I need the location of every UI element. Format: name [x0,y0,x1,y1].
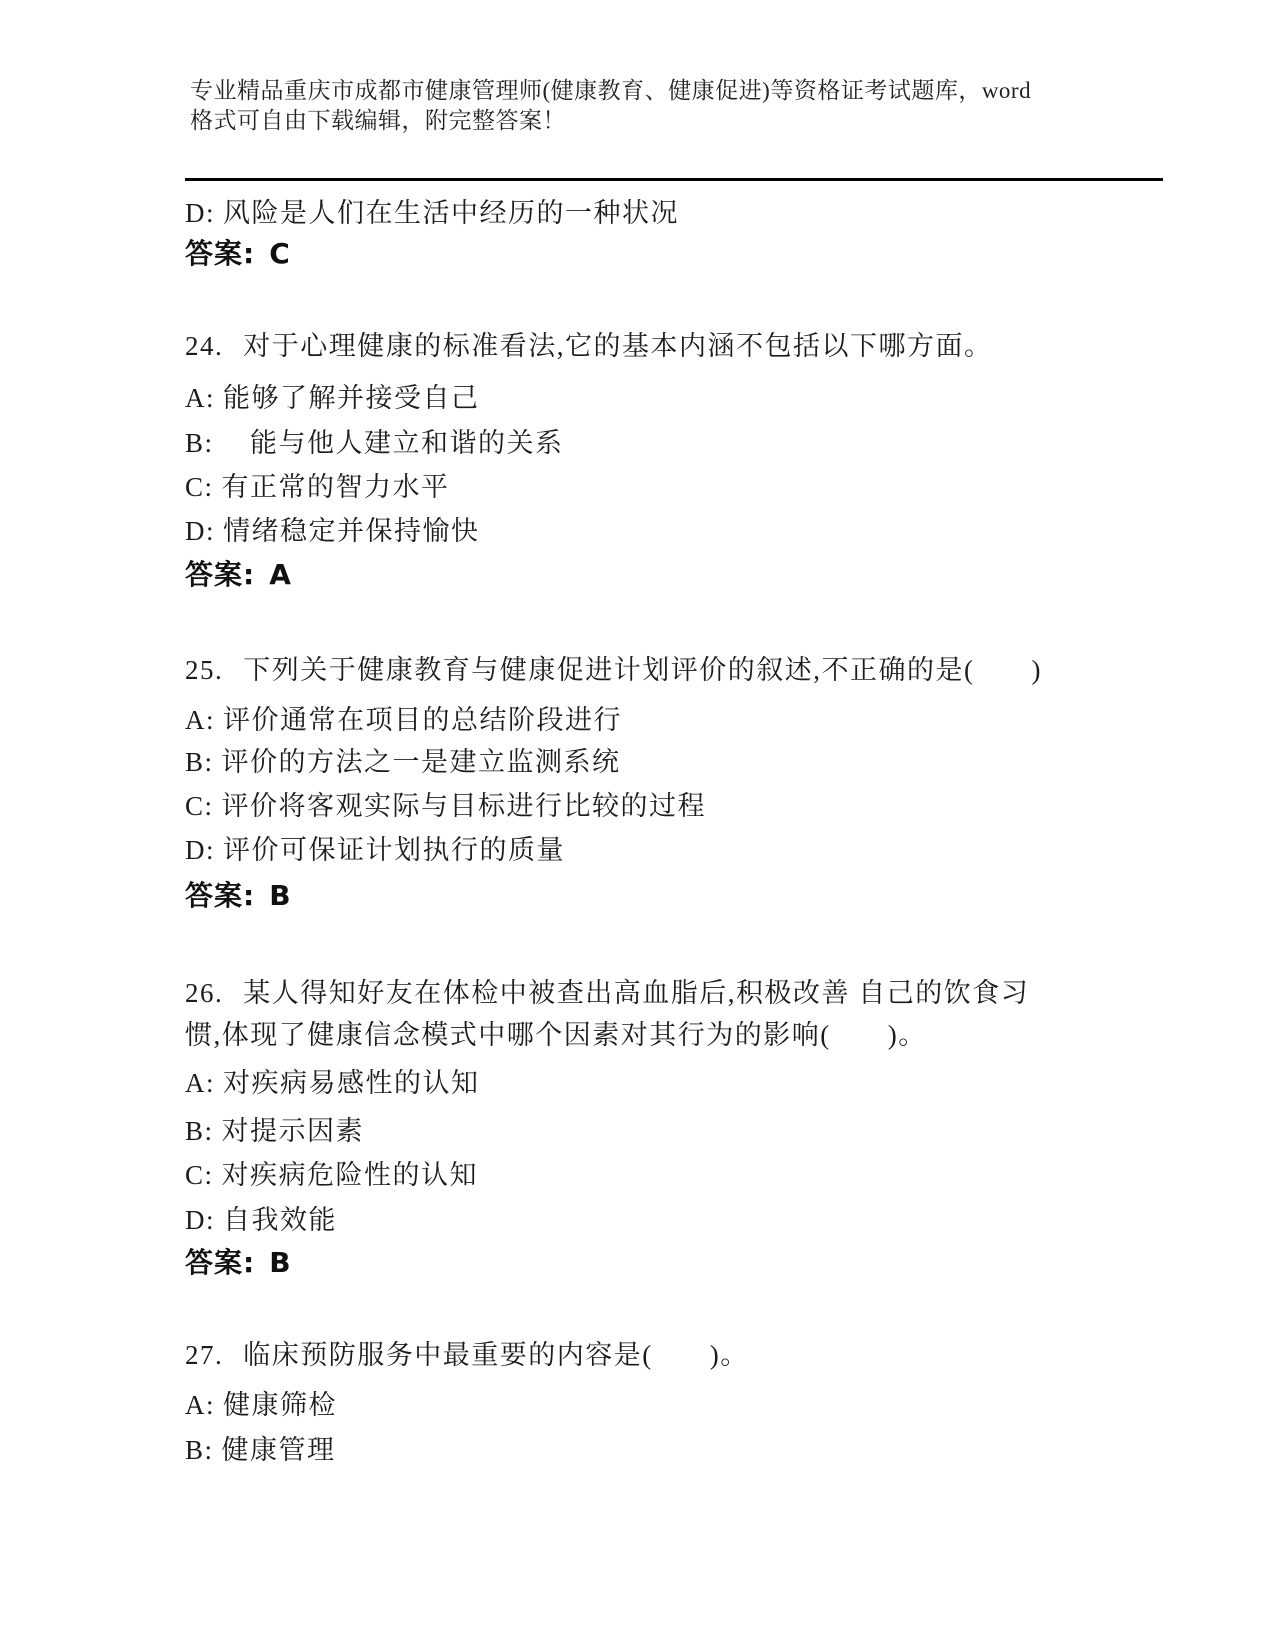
question-number: 26. [185,978,223,1008]
prev-question-option-d: D:风险是人们在生活中经历的一种状况 [185,191,679,235]
question-26-title-line-1: 26.某人得知好友在体检中被查出高血脂后,积极改善 自己的饮食习 [185,971,1029,1015]
answer-label: 答案: [185,1246,255,1279]
question-27-title: 27.临床预防服务中最重要的内容是( )。 [185,1333,749,1377]
option-text: 能够了解并接受自己 [223,383,480,413]
question-25-option-c: C:评价将客观实际与目标进行比较的过程 [185,784,706,828]
option-label: A: [185,1390,215,1420]
question-26-option-b: B:对提示因素 [185,1109,364,1153]
option-label: B: [185,1435,214,1465]
option-text: 评价将客观实际与目标进行比较的过程 [222,791,707,821]
option-label: D: [185,516,215,546]
option-text: 对疾病易感性的认知 [223,1068,480,1098]
question-text: 下列关于健康教育与健康促进计划评价的叙述,不正确的是( ) [243,655,1042,685]
answer-value: A [269,558,292,591]
option-label: D: [185,198,215,228]
question-26-answer: 答案:B [185,1241,292,1285]
header-line-2: 格式可自由下载编辑，附完整答案！ [190,106,1105,136]
option-label: A: [185,383,215,413]
option-text: 情绪稳定并保持愉快 [223,516,480,546]
option-label: D: [185,835,215,865]
question-24-option-a: A:能够了解并接受自己 [185,376,480,420]
option-label: C: [185,472,214,502]
question-24-option-c: C:有正常的智力水平 [185,465,450,509]
question-26-option-c: C:对疾病危险性的认知 [185,1153,478,1197]
question-text: 某人得知好友在体检中被查出高血脂后,积极改善 自己的饮食习 [243,978,1029,1008]
answer-value: B [269,1246,291,1279]
document-page: 专业精品重庆市成都市健康管理师(健康教育、健康促进)等资格证考试题库，word … [0,0,1275,1650]
question-25-option-d: D:评价可保证计划执行的质量 [185,828,565,872]
option-text: 评价通常在项目的总结阶段进行 [223,705,622,735]
option-text: 评价可保证计划执行的质量 [223,835,565,865]
question-25-option-b: B:评价的方法之一是建立监测系统 [185,740,621,784]
question-number: 25. [185,655,223,685]
option-label: C: [185,791,214,821]
answer-value: B [269,879,291,912]
question-24-option-b: B: 能与他人建立和谐的关系 [185,421,564,465]
question-24-option-d: D:情绪稳定并保持愉快 [185,509,480,553]
option-text: 有正常的智力水平 [222,472,450,502]
question-26-option-a: A:对疾病易感性的认知 [185,1061,480,1105]
option-text: 对提示因素 [222,1116,365,1146]
option-text: 评价的方法之一是建立监测系统 [222,747,621,777]
option-text: 自我效能 [223,1205,337,1235]
option-label: A: [185,705,215,735]
option-label: D: [185,1205,215,1235]
prev-question-answer: 答案:C [185,232,291,276]
page-header: 专业精品重庆市成都市健康管理师(健康教育、健康促进)等资格证考试题库，word … [190,76,1105,136]
question-25-answer: 答案:B [185,874,292,918]
question-text: 对于心理健康的标准看法,它的基本内涵不包括以下哪方面。 [243,331,992,361]
question-text: 临床预防服务中最重要的内容是( )。 [243,1340,748,1370]
option-label: B: [185,1116,214,1146]
question-number: 24. [185,331,223,361]
question-24-answer: 答案:A [185,553,292,597]
question-25-title: 25.下列关于健康教育与健康促进计划评价的叙述,不正确的是( ) [185,648,1042,692]
question-25-option-a: A:评价通常在项目的总结阶段进行 [185,698,622,742]
question-27-option-b: B:健康管理 [185,1428,336,1472]
header-line-1: 专业精品重庆市成都市健康管理师(健康教育、健康促进)等资格证考试题库，word [190,76,1105,106]
question-26-title-line-2: 惯,体现了健康信念模式中哪个因素对其行为的影响( )。 [185,1013,927,1057]
question-text: 惯,体现了健康信念模式中哪个因素对其行为的影响( )。 [185,1020,927,1050]
answer-label: 答案: [185,558,255,591]
option-text: 健康管理 [222,1435,336,1465]
option-text: 风险是人们在生活中经历的一种状况 [223,198,679,228]
option-label: C: [185,1160,214,1190]
option-text: 能与他人建立和谐的关系 [222,428,564,458]
option-text: 对疾病危险性的认知 [222,1160,479,1190]
question-24-title: 24.对于心理健康的标准看法,它的基本内涵不包括以下哪方面。 [185,324,993,368]
answer-value: C [269,237,291,270]
header-divider [185,178,1163,181]
option-text: 健康筛检 [223,1390,337,1420]
question-number: 27. [185,1340,223,1370]
answer-label: 答案: [185,879,255,912]
option-label: B: [185,428,214,458]
question-27-option-a: A:健康筛检 [185,1383,337,1427]
option-label: B: [185,747,214,777]
option-label: A: [185,1068,215,1098]
answer-label: 答案: [185,237,255,270]
question-26-option-d: D:自我效能 [185,1198,337,1242]
